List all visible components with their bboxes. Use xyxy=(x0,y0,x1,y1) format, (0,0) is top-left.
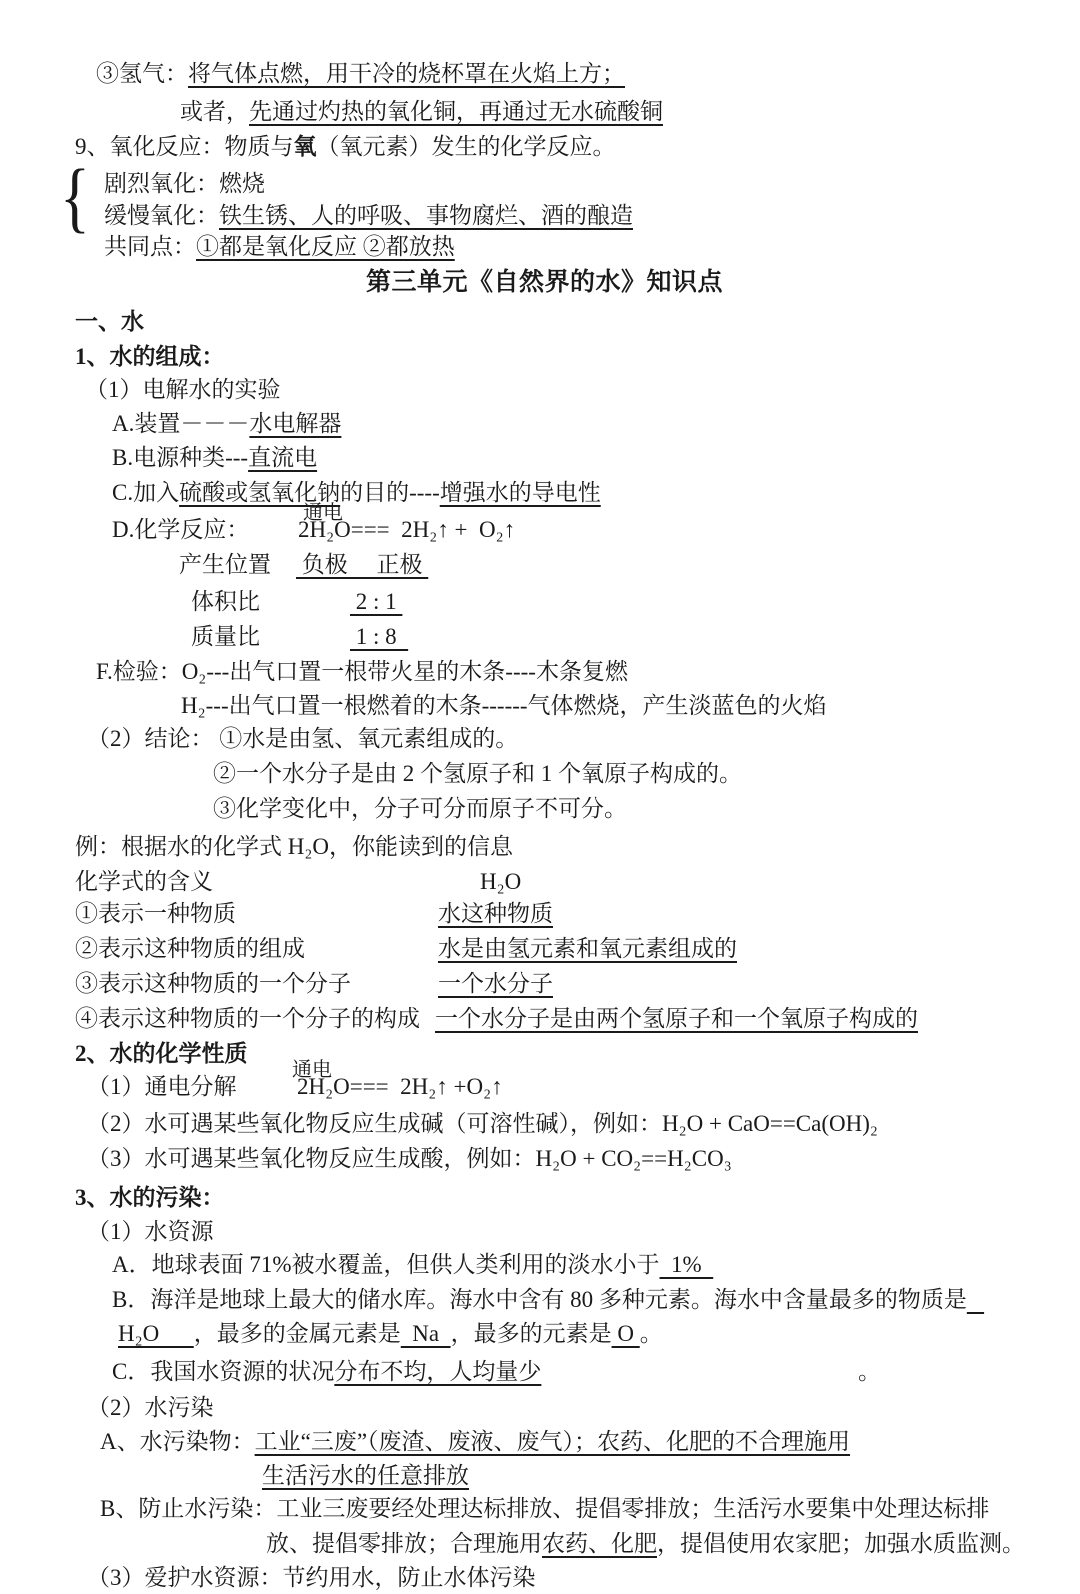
document-line: A、水污染物：工业“三废”（废渣、废液、废气）；农药、化肥的不合理施用 xyxy=(100,1428,850,1456)
document-line: 。 xyxy=(858,1358,881,1386)
chemical-equation: 2H₂O=== 2H₂↑ + O₂↑ xyxy=(298,516,515,544)
document-line: （1）通电分解 xyxy=(87,1073,237,1101)
text-segment: 1% xyxy=(660,1252,714,1277)
document-line: （3）爱护水资源：节约用水，防止水体污染 xyxy=(87,1564,536,1592)
text-segment: （3）爱护水资源：节约用水，防止水体污染 xyxy=(87,1565,536,1590)
document-line: 例：根据水的化学式 H₂O，你能读到的信息 xyxy=(75,833,513,861)
document-line: 缓慢氧化：铁生锈、人的呼吸、事物腐烂、酒的酿造 xyxy=(104,202,633,230)
text-segment: 体积比 xyxy=(191,589,260,614)
table-row-label: ④表示这种物质的一个分子的构成 xyxy=(75,1005,420,1033)
document-line: 体积比 xyxy=(191,588,260,616)
text-segment: ，提倡使用农家肥；加强水质监测。 xyxy=(657,1531,1025,1556)
text-segment: A.装置－－－ xyxy=(112,411,249,436)
text-segment: ③氢气： xyxy=(96,61,188,86)
text-segment: （1）水资源 xyxy=(87,1219,214,1244)
text-segment: Na xyxy=(401,1321,451,1346)
text-segment: 化学式的含义 xyxy=(75,869,213,894)
section-heading: 一、水 xyxy=(75,308,144,336)
table-row-label: ②表示这种物质的组成 xyxy=(75,935,305,963)
document-line: 9、氧化反应：物质与氧（氧元素）发生的化学反应。 xyxy=(75,133,616,161)
document-line: （1）电解水的实验 xyxy=(85,376,281,404)
text-segment: 氧 xyxy=(294,134,317,159)
text-segment: 缓慢氧化： xyxy=(104,203,219,228)
document-line: 剧烈氧化：燃烧 xyxy=(104,170,265,198)
document-line: 负极 正极 xyxy=(296,551,428,579)
text-segment: B、防止水污染：工业三废要经处理达标排放、提倡零排放；生活污水要集中处理达标排 xyxy=(100,1496,989,1521)
document-line: B.电源种类---直流电 xyxy=(112,444,317,472)
text-segment: ，最多的元素是 xyxy=(451,1321,612,1346)
text-segment: （3）水可遇某些氧化物反应生成酸，例如：H₂O + CO₂==H₂CO₃ xyxy=(87,1146,732,1171)
text-segment: ①都是氧化反应 ②都放热 xyxy=(196,234,455,259)
text-segment: 。 xyxy=(640,1321,663,1346)
document-line: （2）结论： ①水是由氢、氧元素组成的。 xyxy=(87,725,518,753)
text-segment: ②一个水分子是由 2 个氢原子和 1 个氧原子构成的。 xyxy=(213,761,742,786)
text-segment: O xyxy=(612,1321,640,1346)
text-segment: A．地球表面 71%被水覆盖，但供人类利用的淡水小于 xyxy=(112,1252,660,1277)
document-line: 1 : 8 xyxy=(350,623,408,651)
text-segment: 一个水分子是由两个氢原子和一个氧原子构成的 xyxy=(435,1006,918,1031)
text-segment: （1）通电分解 xyxy=(87,1074,237,1099)
document-line: （2）水污染 xyxy=(87,1394,214,1422)
text-segment: C.加入 xyxy=(112,480,179,505)
document-line: （2）水可遇某些氧化物反应生成碱（可溶性碱），例如：H₂O + CaO==Ca(… xyxy=(87,1110,878,1138)
text-segment: 工业“三废”（废渣、废液、废气）；农药、化肥的不合理施用 xyxy=(255,1429,850,1454)
text-segment: B．海洋是地球上最大的储水库。海水中含有 80 多种元素。海水中含量最多的物质是 xyxy=(112,1287,967,1312)
document-line: A.装置－－－水电解器 xyxy=(112,410,341,438)
table-row-label: ③表示这种物质的一个分子 xyxy=(75,970,351,998)
table-row-value: 一个水分子是由两个氢原子和一个氧原子构成的 xyxy=(435,1005,918,1033)
document-line: 或者，先通过灼热的氧化铜，再通过无水硫酸铜 xyxy=(180,98,663,126)
text-segment: 水电解器 xyxy=(249,411,341,436)
text-segment: 农药、化肥 xyxy=(542,1531,657,1556)
document-line: F.检验：O₂---出气口置一根带火星的木条----木条复燃 xyxy=(96,658,628,686)
text-segment: 9、氧化反应：物质与 xyxy=(75,134,294,159)
text-segment: 水是由氢元素和氧元素组成的 xyxy=(438,936,737,961)
text-segment: 。 xyxy=(858,1359,881,1384)
text-segment: 放、提倡零排放；合理施用 xyxy=(266,1531,542,1556)
table-header-value: H₂O xyxy=(480,868,521,896)
page-title: 第三单元《自然界的水》知识点 xyxy=(366,268,723,299)
document-line: H₂O ，最多的金属元素是 Na ，最多的元素是 O 。 xyxy=(118,1320,663,1348)
text-segment: 共同点： xyxy=(104,234,196,259)
text-segment: 将气体点燃，用干冷的烧杯罩在火焰上方； xyxy=(188,61,625,86)
table-row-value: 一个水分子 xyxy=(438,970,553,998)
document-lines: ③氢气：将气体点燃，用干冷的烧杯罩在火焰上方；或者，先通过灼热的氧化铜，再通过无… xyxy=(0,0,1080,1594)
text-segment: ④表示这种物质的一个分子的构成 xyxy=(75,1006,420,1031)
text-segment: ③表示这种物质的一个分子 xyxy=(75,971,351,996)
document-line: （3）水可遇某些氧化物反应生成酸，例如：H₂O + CO₂==H₂CO₃ xyxy=(87,1145,732,1173)
text-segment: 分布不均，人均量少 xyxy=(334,1359,541,1384)
document-line: ②一个水分子是由 2 个氢原子和 1 个氧原子构成的。 xyxy=(213,760,742,788)
text-segment: H₂O xyxy=(480,869,521,894)
text-segment: 生活污水的任意排放 xyxy=(262,1463,469,1488)
table-row-value: 水这种物质 xyxy=(438,900,553,928)
document-line: D.化学反应： xyxy=(112,516,249,544)
document-line: 产生位置 xyxy=(179,551,271,579)
text-segment: 2 : 1 xyxy=(350,589,402,614)
text-segment: 2、水的化学性质 xyxy=(75,1041,248,1066)
text-segment: ，最多的金属元素是 xyxy=(194,1321,401,1346)
table-row-label: ①表示一种物质 xyxy=(75,900,236,928)
text-segment: （氧元素）发生的化学反应。 xyxy=(317,134,616,159)
text-segment: 质量比 xyxy=(191,624,260,649)
text-segment: （2）结论： ①水是由氢、氧元素组成的。 xyxy=(87,726,518,751)
text-segment: 的目的---- xyxy=(340,480,440,505)
document-line: ③氢气：将气体点燃，用干冷的烧杯罩在火焰上方； xyxy=(96,60,625,88)
text-segment: 2H₂O=== 2H₂↑ + O₂↑ xyxy=(298,517,515,542)
text-segment: ①表示一种物质 xyxy=(75,901,236,926)
text-segment: 铁生锈、人的呼吸、事物腐烂、酒的酿造 xyxy=(219,203,633,228)
document-line: A．地球表面 71%被水覆盖，但供人类利用的淡水小于 1% xyxy=(112,1251,713,1279)
text-segment: A、水污染物： xyxy=(100,1429,255,1454)
document-line: C.加入硫酸或氢氧化钠的目的----增强水的导电性 xyxy=(112,479,601,507)
text-segment: 直流电 xyxy=(248,445,317,470)
text-segment: ②表示这种物质的组成 xyxy=(75,936,305,961)
text-segment: 1 : 8 xyxy=(350,624,408,649)
text-segment: 水这种物质 xyxy=(438,901,553,926)
document-line: B、防止水污染：工业三废要经处理达标排放、提倡零排放；生活污水要集中处理达标排 xyxy=(100,1495,989,1523)
text-segment: （2）水污染 xyxy=(87,1395,214,1420)
document-line: C．我国水资源的状况分布不均，人均量少 xyxy=(112,1358,541,1386)
text-segment: H₂---出气口置一根燃着的木条------气体燃烧，产生淡蓝色的火焰 xyxy=(181,693,827,718)
text-segment: 负极 正极 xyxy=(296,552,428,577)
text-segment: 增强水的导电性 xyxy=(440,480,601,505)
text-segment: C．我国水资源的状况 xyxy=(112,1359,334,1384)
text-segment: 一个水分子 xyxy=(438,971,553,996)
text-segment: F.检验：O₂---出气口置一根带火星的木条----木条复燃 xyxy=(96,659,628,684)
text-segment: 一、水 xyxy=(75,309,144,334)
document-line: 2 : 1 xyxy=(350,588,402,616)
text-segment: （2）水可遇某些氧化物反应生成碱（可溶性碱），例如：H₂O + CaO==Ca(… xyxy=(87,1111,878,1136)
text-segment: 产生位置 xyxy=(179,552,271,577)
table-row-value: 水是由氢元素和氧元素组成的 xyxy=(438,935,737,963)
text-segment: 剧烈氧化：燃烧 xyxy=(104,171,265,196)
text-segment: 例：根据水的化学式 H₂O，你能读到的信息 xyxy=(75,834,513,859)
text-segment: （1）电解水的实验 xyxy=(85,377,281,402)
document-line: 放、提倡零排放；合理施用农药、化肥，提倡使用农家肥；加强水质监测。 xyxy=(266,1530,1025,1558)
text-segment: B.电源种类--- xyxy=(112,445,248,470)
text-segment: 第三单元《自然界的水》知识点 xyxy=(366,269,723,296)
text-segment: 先通过灼热的氧化铜，再通过无水硫酸铜 xyxy=(249,99,663,124)
section-heading: 2、水的化学性质 xyxy=(75,1040,248,1068)
document-page: { ③氢气：将气体点燃，用干冷的烧杯罩在火焰上方；或者，先通过灼热的氧化铜，再通… xyxy=(0,0,1080,1594)
document-line: 生活污水的任意排放 xyxy=(262,1462,469,1490)
text-segment: ③化学变化中，分子可分而原子不可分。 xyxy=(213,796,627,821)
text-segment xyxy=(967,1287,984,1312)
document-line: H₂---出气口置一根燃着的木条------气体燃烧，产生淡蓝色的火焰 xyxy=(181,692,827,720)
table-header-label: 化学式的含义 xyxy=(75,868,213,896)
document-line: ③化学变化中，分子可分而原子不可分。 xyxy=(213,795,627,823)
document-line: B．海洋是地球上最大的储水库。海水中含有 80 多种元素。海水中含量最多的物质是 xyxy=(112,1286,984,1314)
chemical-equation: 2H₂O=== 2H₂↑ +O₂↑ xyxy=(297,1073,503,1101)
document-line: （1）水资源 xyxy=(87,1218,214,1246)
document-line: 质量比 xyxy=(191,623,260,651)
section-heading: 1、水的组成： xyxy=(75,343,225,371)
text-segment: H₂O xyxy=(118,1321,194,1346)
text-segment: 2H₂O=== 2H₂↑ +O₂↑ xyxy=(297,1074,503,1099)
section-heading: 3、水的污染： xyxy=(75,1184,225,1212)
text-segment: 或者， xyxy=(180,99,249,124)
text-segment: 3、水的污染： xyxy=(75,1185,225,1210)
document-line: 共同点：①都是氧化反应 ②都放热 xyxy=(104,233,455,261)
text-segment: D.化学反应： xyxy=(112,517,249,542)
text-segment: 1、水的组成： xyxy=(75,344,225,369)
